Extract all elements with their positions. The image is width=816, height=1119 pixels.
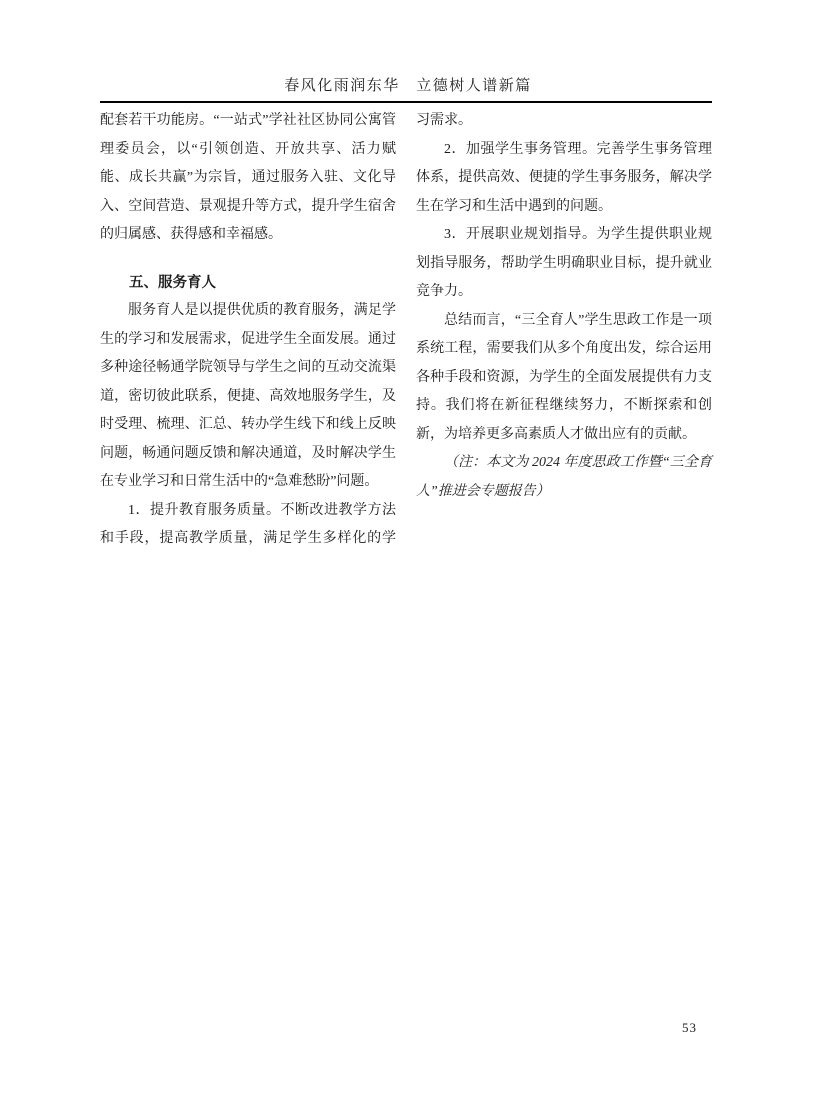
paragraph-conclusion: 总结而言，“三全育人”学生思政工作是一项系统工程，需要我们从多个角度出发，综合运… <box>416 307 712 450</box>
header-divider <box>100 101 712 103</box>
column-left: 配套若干功能房。“一站式”学社社区协同公寓管理委员会，以“引领创造、开放共享、活… <box>100 107 396 554</box>
column-right: 习需求。 2．加强学生事务管理。完善学生事务管理体系，提供高效、便捷的学生事务服… <box>416 107 712 554</box>
page-number: 53 <box>682 1020 697 1036</box>
document-page: 春风化雨润东华 立德树人谱新篇 配套若干功能房。“一站式”学社社区协同公寓管理委… <box>0 0 816 1119</box>
paragraph-footnote: （注：本文为 2024 年度思政工作暨“三全育人”推进会专题报告） <box>416 449 712 506</box>
paragraph-item-2: 2．加强学生事务管理。完善学生事务管理体系，提供高效、便捷的学生事务服务，解决学… <box>416 136 712 222</box>
page-header-title: 春风化雨润东华 立德树人谱新篇 <box>0 0 816 95</box>
content-columns: 配套若干功能房。“一站式”学社社区协同公寓管理委员会，以“引领创造、开放共享、活… <box>100 107 712 554</box>
paragraph-item-1-continuation: 习需求。 <box>416 107 712 136</box>
paragraph-continuation: 配套若干功能房。“一站式”学社社区协同公寓管理委员会，以“引领创造、开放共享、活… <box>100 107 396 250</box>
paragraph-item-3: 3．开展职业规划指导。为学生提供职业规划指导服务，帮助学生明确职业目标，提升就业… <box>416 221 712 307</box>
section-heading-service-education: 五、服务育人 <box>100 269 396 298</box>
paragraph-service-education-intro: 服务育人是以提供优质的教育服务，满足学生的学习和发展需求，促进学生全面发展。通过… <box>100 297 396 497</box>
paragraph-item-1: 1．提升教育服务质量。不断改进教学方法和手段，提高教学质量，满足学生多样化的学 <box>100 497 396 554</box>
